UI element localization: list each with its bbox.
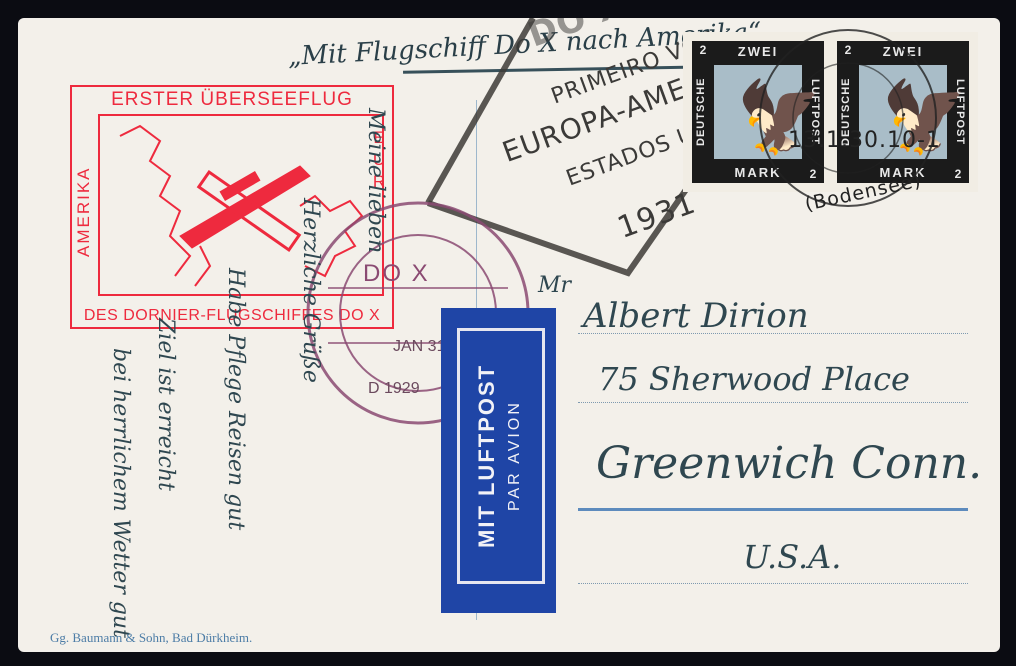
message-line: bei herrlichem Wetter gut — [108, 348, 133, 608]
message-line: Meine lieben — [363, 108, 388, 448]
postcard: „Mit Flugschiff Do X nach Amerika“ ERSTE… — [18, 18, 1000, 652]
cachet-left-label: AMERIKA — [74, 147, 96, 277]
violet-postmark-date: JAN 31 — [393, 338, 445, 356]
airmail-label: MIT LUFTPOST PAR AVION — [441, 308, 556, 613]
stamp-left-text: DEUTSCHE — [695, 63, 707, 161]
address-line-underline — [578, 508, 968, 511]
address-line — [578, 402, 968, 403]
address-prefix: Mr — [538, 273, 571, 298]
stamp-denomination: 2 — [694, 43, 712, 57]
message-line: Ziel ist erreicht — [153, 318, 178, 578]
publisher-imprint: Gg. Baumann & Sohn, Bad Dürkheim. — [50, 630, 252, 646]
round-postmark-date: 13.1.30.10-1 — [788, 128, 941, 153]
airmail-label-main: MIT LUFTPOST — [474, 351, 508, 561]
address-street: 75 Sherwood Place — [598, 360, 910, 398]
message-line: Herzliche Grüße — [298, 198, 323, 498]
address-city: Greenwich Conn. — [596, 438, 982, 489]
address-name: Albert Dirion — [583, 296, 809, 336]
cachet-title: ERSTER ÜBERSEEFLUG — [72, 89, 392, 111]
address-line — [578, 333, 968, 334]
address-line — [578, 583, 968, 584]
address-country: U.S.A. — [743, 538, 841, 576]
airmail-label-sub: PAR AVION — [506, 371, 528, 541]
message-line: Habe Pflege Reisen gut — [223, 268, 248, 568]
